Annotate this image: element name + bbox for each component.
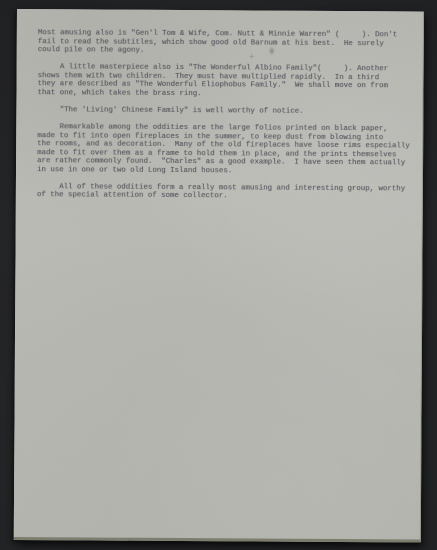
paragraph-closing: All of these oddities form a really most… <box>37 183 419 202</box>
pencil-mark: + <box>249 52 255 60</box>
paragraph-black-paper-folios: Remarkable among the oddities are the la… <box>37 123 419 177</box>
scan-background: Most amusing also is "Gen'l Tom & Wife, … <box>0 0 437 550</box>
document-page: Most amusing also is "Gen'l Tom & Wife, … <box>14 9 424 542</box>
ink-smudge <box>269 47 275 56</box>
paragraph-tom-thumb: Most amusing also is "Gen'l Tom & Wife, … <box>38 29 420 57</box>
typewritten-text: Most amusing also is "Gen'l Tom & Wife, … <box>37 29 420 211</box>
paragraph-chinese-family: "The 'Living' Chinese Family" is well wo… <box>37 106 419 117</box>
paragraph-albino-family: A little masterpiece also is "The Wonder… <box>37 63 419 100</box>
